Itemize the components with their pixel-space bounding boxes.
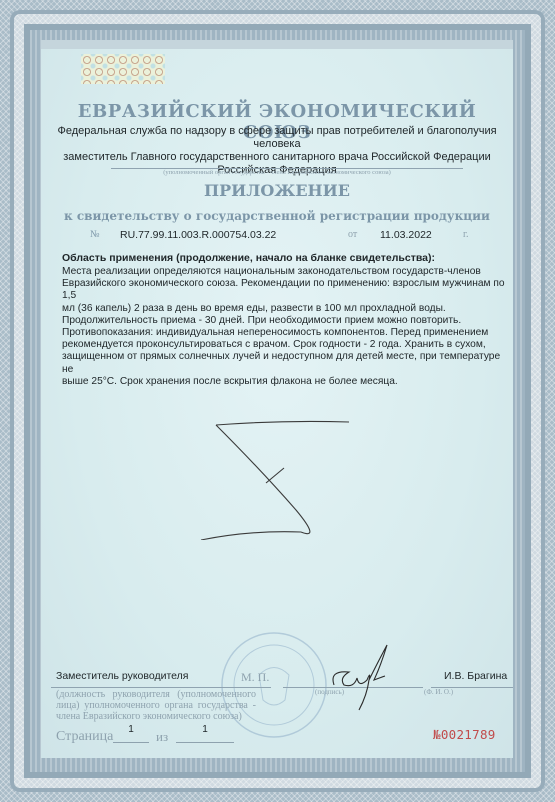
registration-line: № RU.77.99.11.003.R.000754.03.22 от 11.0…	[90, 229, 483, 243]
page-total-underline	[176, 742, 234, 743]
scope-line: Евразийского экономического союза. Реком…	[62, 278, 510, 302]
scope-line: Места реализации определяются национальн…	[62, 266, 510, 278]
scope-body: Места реализации определяются национальн…	[62, 266, 510, 388]
position-caption: (должность руководителя (уполномоченного…	[56, 689, 256, 722]
number-label: №	[90, 229, 100, 240]
signer-name: И.В. Брагина	[444, 670, 507, 682]
scope-line: Противопоказания: индивидуальная неперен…	[62, 327, 510, 339]
page-total: 1	[176, 724, 234, 735]
from-label: от	[348, 229, 357, 240]
official-seal-stamp	[219, 630, 329, 740]
certificate-appendix: ЕВРАЗИЙСКИЙ ЭКОНОМИЧЕСКИЙ СОЮЗ Федеральн…	[41, 40, 513, 758]
agency-line: заместитель Главного государственного са…	[41, 151, 513, 164]
appendix-subtitle: к свидетельству о государственной регист…	[41, 209, 513, 223]
agency-line: Федеральная служба по надзору в сфере за…	[41, 125, 513, 151]
name-caption: (Ф. И. О.)	[424, 688, 453, 696]
handwritten-signature	[329, 640, 399, 720]
scope-line: рекомендуется проконсультироваться с вра…	[62, 339, 510, 351]
form-serial-number: №0021789	[433, 727, 496, 742]
scope-heading: Область применения (продолжение, начало …	[62, 252, 435, 264]
page-label: Страница	[56, 729, 113, 745]
scope-line: защищенном от прямых солнечных лучей и н…	[62, 351, 510, 375]
scope-line: Продолжительность приема - 30 дней. При …	[62, 315, 510, 327]
appendix-title: ПРИЛОЖЕНИЕ	[41, 181, 513, 200]
scope-line: мл (36 капель) 2 раза в день во время ед…	[62, 303, 510, 315]
z-cancel-mark	[181, 380, 351, 540]
registration-number: RU.77.99.11.003.R.000754.03.22	[120, 229, 276, 241]
page-current: 1	[113, 724, 149, 735]
registration-date: 11.03.2022	[380, 229, 432, 241]
page-current-underline	[113, 742, 149, 743]
year-suffix: г.	[463, 229, 468, 240]
signer-position: Заместитель руководителя	[56, 670, 188, 682]
page-counter-row: Страница 1 из 1 №0021789	[56, 726, 513, 746]
seal-place-label: М. П.	[241, 670, 269, 685]
page-of-label: из	[156, 729, 168, 745]
signature-row: Заместитель руководителя И.В. Брагина	[41, 670, 513, 684]
agency-caption: (уполномоченный орган государства - член…	[41, 169, 513, 176]
